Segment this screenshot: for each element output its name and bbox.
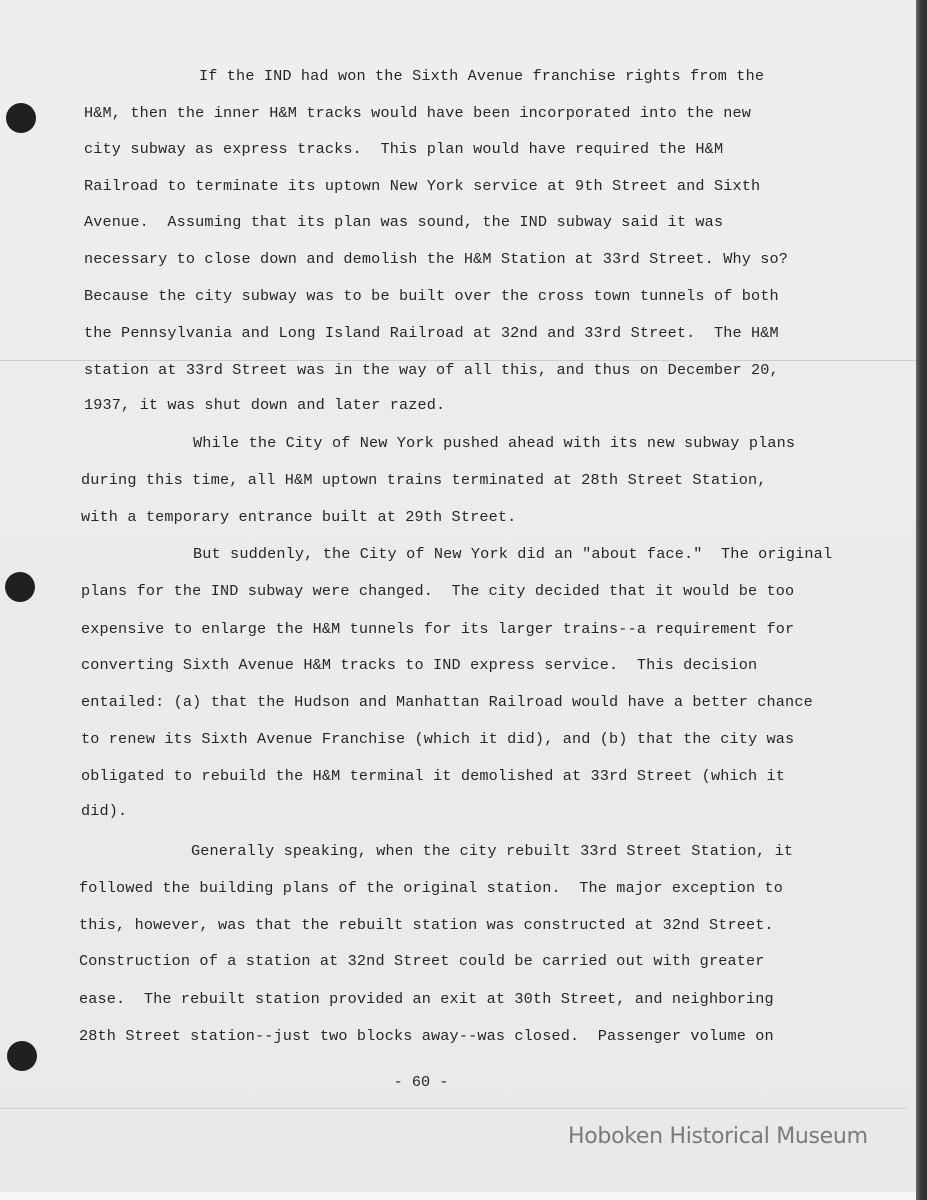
text-line: followed the building plans of the origi… [79,878,783,898]
text-line: But suddenly, the City of New York did a… [193,544,832,564]
text-line: did). [81,801,127,821]
text-line: 1937, it was shut down and later razed. [84,395,445,415]
page-number: - 60 - [0,1073,842,1091]
text-line: necessary to close down and demolish the… [84,249,788,269]
punch-hole-bottom [7,1041,37,1071]
text-line: city subway as express tracks. This plan… [84,139,723,159]
text-line: with a temporary entrance built at 29th … [81,507,516,527]
text-line: Construction of a station at 32nd Street… [79,951,765,971]
text-line: during this time, all H&M uptown trains … [81,470,767,490]
text-line: 28th Street station--just two blocks awa… [79,1026,774,1046]
fold-line-bottom [0,1108,906,1109]
text-line: this, however, was that the rebuilt stat… [79,915,774,935]
text-line: H&M, then the inner H&M tracks would hav… [84,103,751,123]
scanned-page: If the IND had won the Sixth Avenue fran… [0,0,916,1200]
text-line: Avenue. Assuming that its plan was sound… [84,212,723,232]
text-line: the Pennsylvania and Long Island Railroa… [84,323,779,343]
text-line: If the IND had won the Sixth Avenue fran… [199,66,764,86]
watermark-hoboken-historical-museum: Hoboken Historical Museum [568,1124,868,1149]
text-line: plans for the IND subway were changed. T… [81,581,794,601]
text-line: Generally speaking, when the city rebuil… [191,841,793,861]
scan-bottom-edge [0,1192,916,1200]
punch-hole-middle [5,572,35,602]
text-line: expensive to enlarge the H&M tunnels for… [81,619,794,639]
text-line: ease. The rebuilt station provided an ex… [79,989,774,1009]
text-line: obligated to rebuild the H&M terminal it… [81,766,785,786]
text-line: While the City of New York pushed ahead … [193,433,795,453]
text-line: converting Sixth Avenue H&M tracks to IN… [81,655,757,675]
punch-hole-top [6,103,36,133]
text-line: Because the city subway was to be built … [84,286,779,306]
text-line: entailed: (a) that the Hudson and Manhat… [81,692,813,712]
text-line: station at 33rd Street was in the way of… [84,360,779,380]
text-line: to renew its Sixth Avenue Franchise (whi… [81,729,794,749]
scan-right-edge [916,0,927,1200]
text-line: Railroad to terminate its uptown New Yor… [84,176,760,196]
